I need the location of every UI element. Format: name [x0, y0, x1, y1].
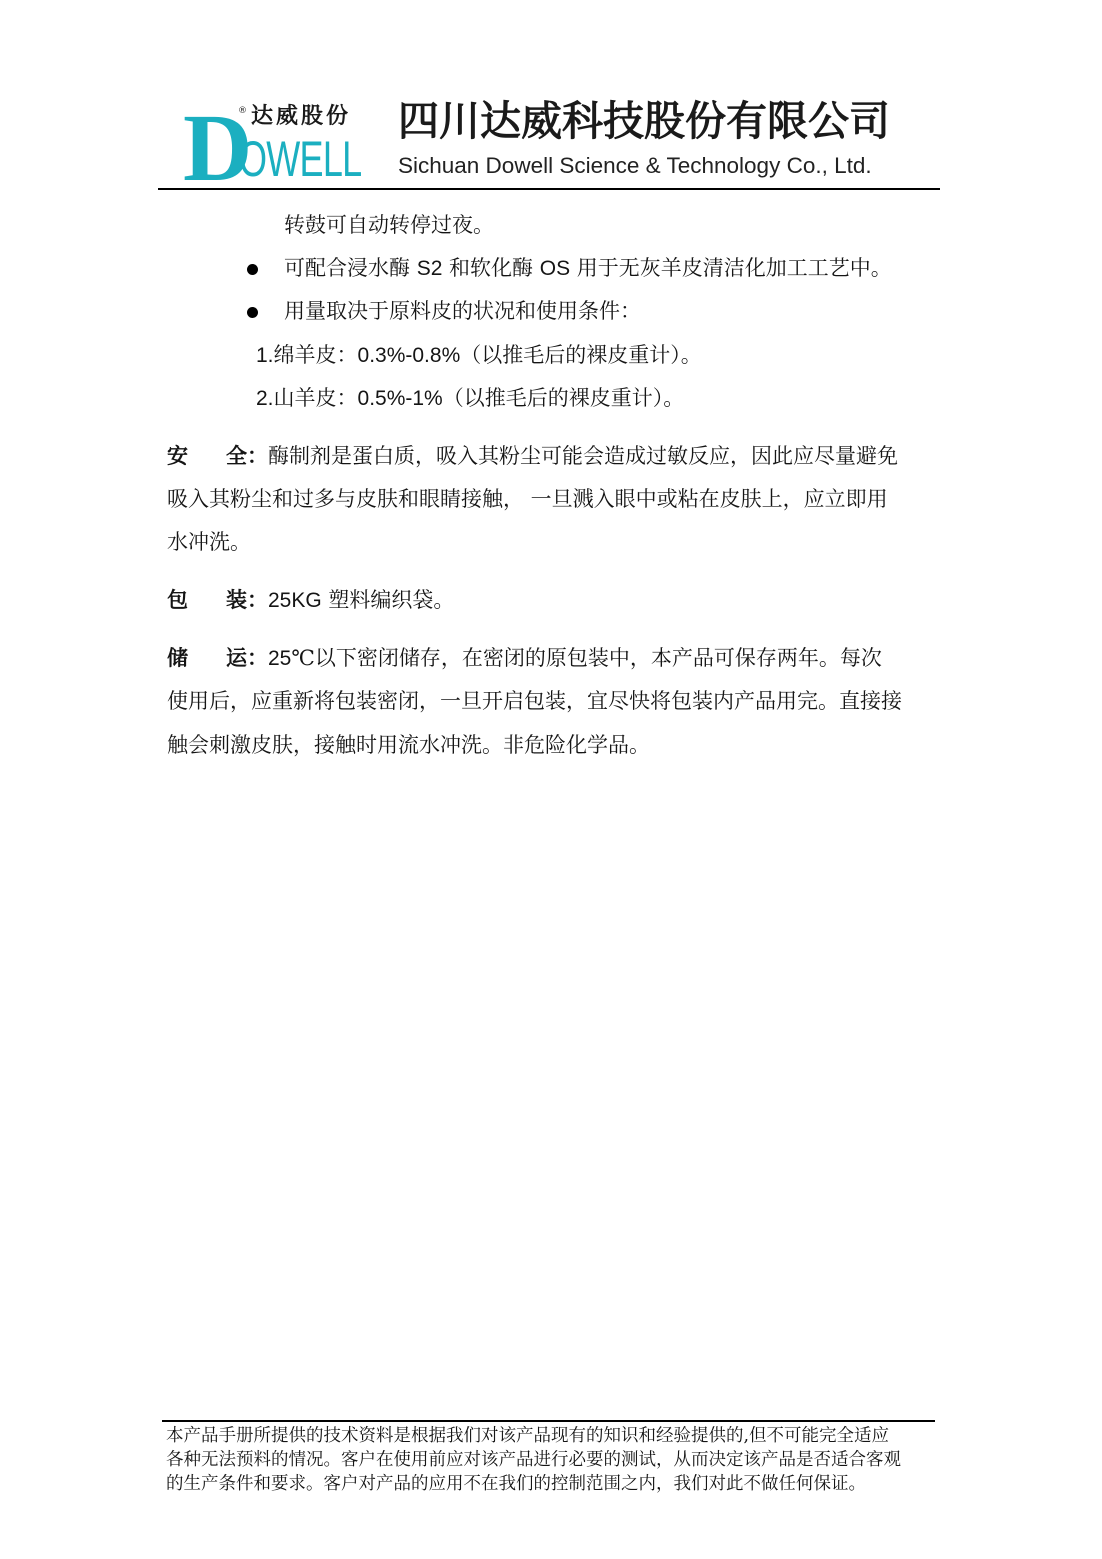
company-name-cn: 四川达威科技股份有限公司	[398, 101, 890, 142]
header-divider	[158, 188, 940, 190]
safety-section-line-1: 安全：酶制剂是蛋白质，吸入其粉尘可能会造成过敏反应，因此应尽量避免	[167, 446, 898, 467]
packaging-label: 包装：	[167, 588, 268, 612]
dowell-logo: D ® 达威股份 OWELL	[183, 104, 368, 182]
disclaimer-line-3: 的生产条件和要求。客户对产品的应用不在我们的控制范围之内，我们对此不做任何保证。	[166, 1476, 866, 1494]
packaging-section: 包装：25KG 塑料编织袋。	[167, 590, 454, 611]
dosage-item-goatskin: 2.山羊皮：0.5%-1%（以推毛后的裸皮重计）。	[256, 388, 684, 409]
registered-mark-icon: ®	[238, 106, 247, 116]
disclaimer-line-2: 各种无法预料的情况。客户在使用前应对该产品进行必要的测试，从而决定该产品是否适合…	[166, 1452, 901, 1470]
storage-section-line-1: 储运：25℃以下密闭储存，在密闭的原包装中，本产品可保存两年。每次	[167, 648, 882, 669]
bullet-item-dosage-intro: 用量取决于原料皮的状况和使用条件：	[284, 301, 641, 322]
bullet-item-enzymes: 可配合浸水酶 S2 和软化酶 OS 用于无灰羊皮清洁化加工工艺中。	[284, 258, 892, 279]
storage-section-line-2: 使用后，应重新将包装密闭，一旦开启包装，宜尽快将包装内产品用完。直接接	[167, 691, 902, 712]
disclaimer-line-1: 本产品手册所提供的技术资料是根据我们对该产品现有的知识和经验提供的,但不可能完全…	[166, 1428, 889, 1446]
dosage-item-sheepskin: 1.绵羊皮：0.3%-0.8%（以推毛后的裸皮重计）。	[256, 345, 702, 366]
company-name-en: Sichuan Dowell Science & Technology Co.,…	[398, 155, 872, 178]
bullet-dot-icon	[247, 264, 258, 275]
storage-label: 储运：	[167, 646, 268, 670]
storage-section-line-3: 触会刺激皮肤，接触时用流水冲洗。非危险化学品。	[167, 735, 650, 756]
safety-section-line-3: 水冲洗。	[167, 532, 251, 553]
footer-divider	[162, 1420, 935, 1422]
safety-section-line-2: 吸入其粉尘和过多与皮肤和眼睛接触， 一旦溅入眼中或粘在皮肤上，应立即用	[167, 489, 888, 510]
logo-letters-owell: OWELL	[239, 134, 361, 184]
bullet-dot-icon	[247, 307, 258, 318]
continuation-line: 转鼓可自动转停过夜。	[284, 215, 494, 236]
safety-label: 安全：	[167, 444, 268, 468]
document-page: D ® 达威股份 OWELL 四川达威科技股份有限公司 Sichuan Dowe…	[0, 0, 1102, 1559]
logo-cn-short-name: 达威股份	[251, 106, 351, 128]
